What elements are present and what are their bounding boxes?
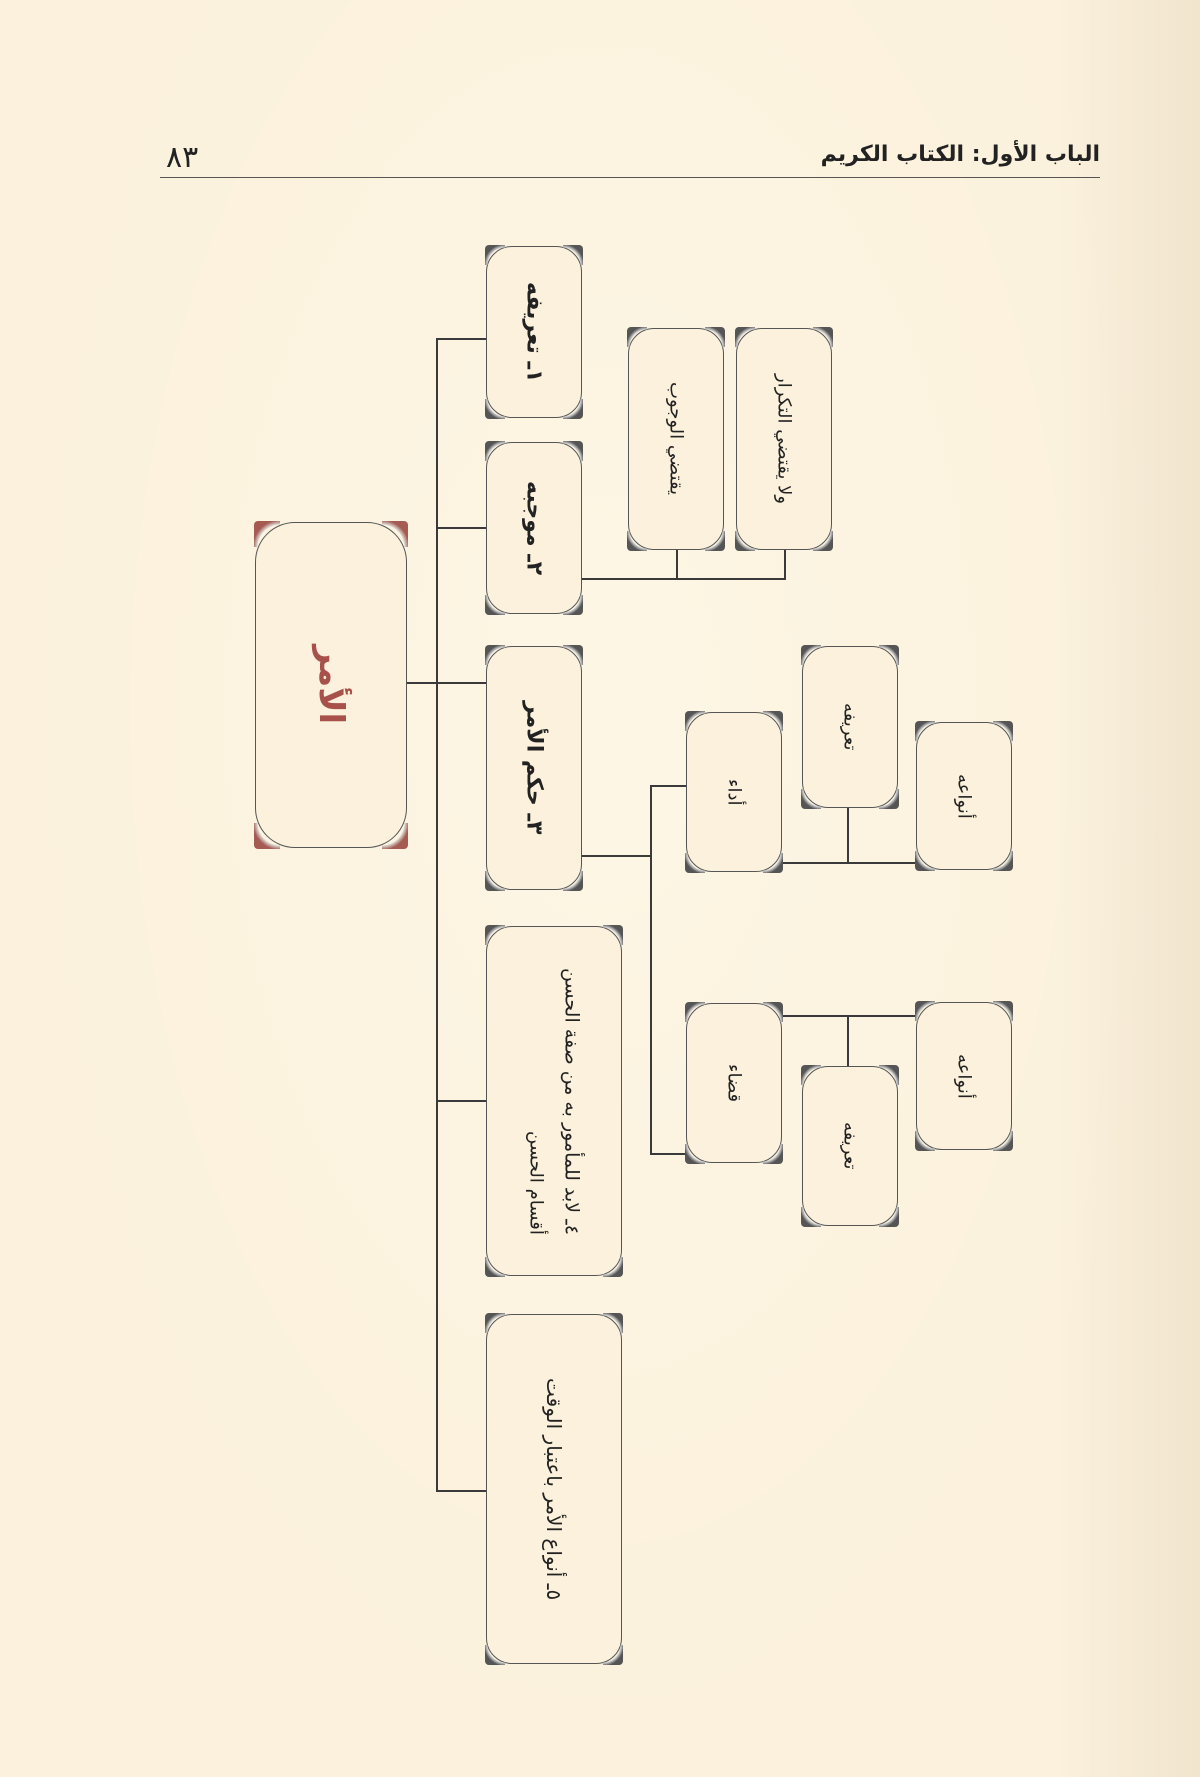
connector [650,785,652,1155]
connector [436,338,438,1490]
branch-label: ٥ـ أنواع الأمر باعتبار الوقت [542,1378,566,1600]
connector [436,1100,486,1102]
branch-label: ٣ـ حكم الأمر [522,701,547,834]
connector [782,862,916,864]
branch-goodness: ٤ـ لابد للمأمور به من صفة الحسن أقسام ال… [486,926,622,1276]
connector [650,1153,686,1155]
node-label: تعريفه [840,703,861,750]
node-label: تعريفه [840,1122,861,1169]
node-performance: أداء [686,712,782,872]
root-node-command: الأمر [255,522,407,848]
connector [406,682,436,684]
branch-requirement: ٢ـ موجبه [486,442,582,614]
command-tree-diagram: الأمر ١ـ تعريفه ٢ـ موجبه يقتضي الوجوب ول… [0,0,1200,1777]
branch-sublabel: أقسام الحسن [526,968,547,1235]
node-label: أنواعه [954,774,975,819]
node-requires-obligation: يقتضي الوجوب [628,328,724,550]
connector [582,855,652,857]
node-label: أداء [724,779,745,805]
node-label: أنواعه [954,1054,975,1099]
connector [436,338,486,340]
node-makeup: قضاء [686,1003,782,1163]
connector [847,808,849,864]
connector [676,550,678,580]
branch-definition: ١ـ تعريفه [486,246,582,418]
node-label: يقتضي الوجوب [666,382,687,495]
branch-types-by-time: ٥ـ أنواع الأمر باعتبار الوقت [486,1314,622,1664]
branch-label: ١ـ تعريفه [522,282,547,382]
node-makeup-types: أنواعه [916,1002,1012,1150]
connector [436,682,486,684]
node-label: ولا يقتضي التكرار [774,374,795,504]
branch-ruling: ٣ـ حكم الأمر [486,646,582,890]
node-label: قضاء [724,1064,745,1102]
connector [436,1490,486,1492]
branch-label: ٢ـ موجبه [522,481,547,575]
connector [784,550,786,580]
connector [582,578,786,580]
node-no-repetition: ولا يقتضي التكرار [736,328,832,550]
root-label: الأمر [311,645,351,724]
connector [650,785,686,787]
connector [847,1015,849,1067]
connector [782,1015,916,1017]
branch-label: ٤ـ لابد للمأمور به من صفة الحسن [561,968,583,1235]
node-makeup-definition: تعريفه [802,1066,898,1226]
node-performance-definition: تعريفه [802,646,898,808]
connector [436,527,486,529]
node-performance-types: أنواعه [916,722,1012,870]
